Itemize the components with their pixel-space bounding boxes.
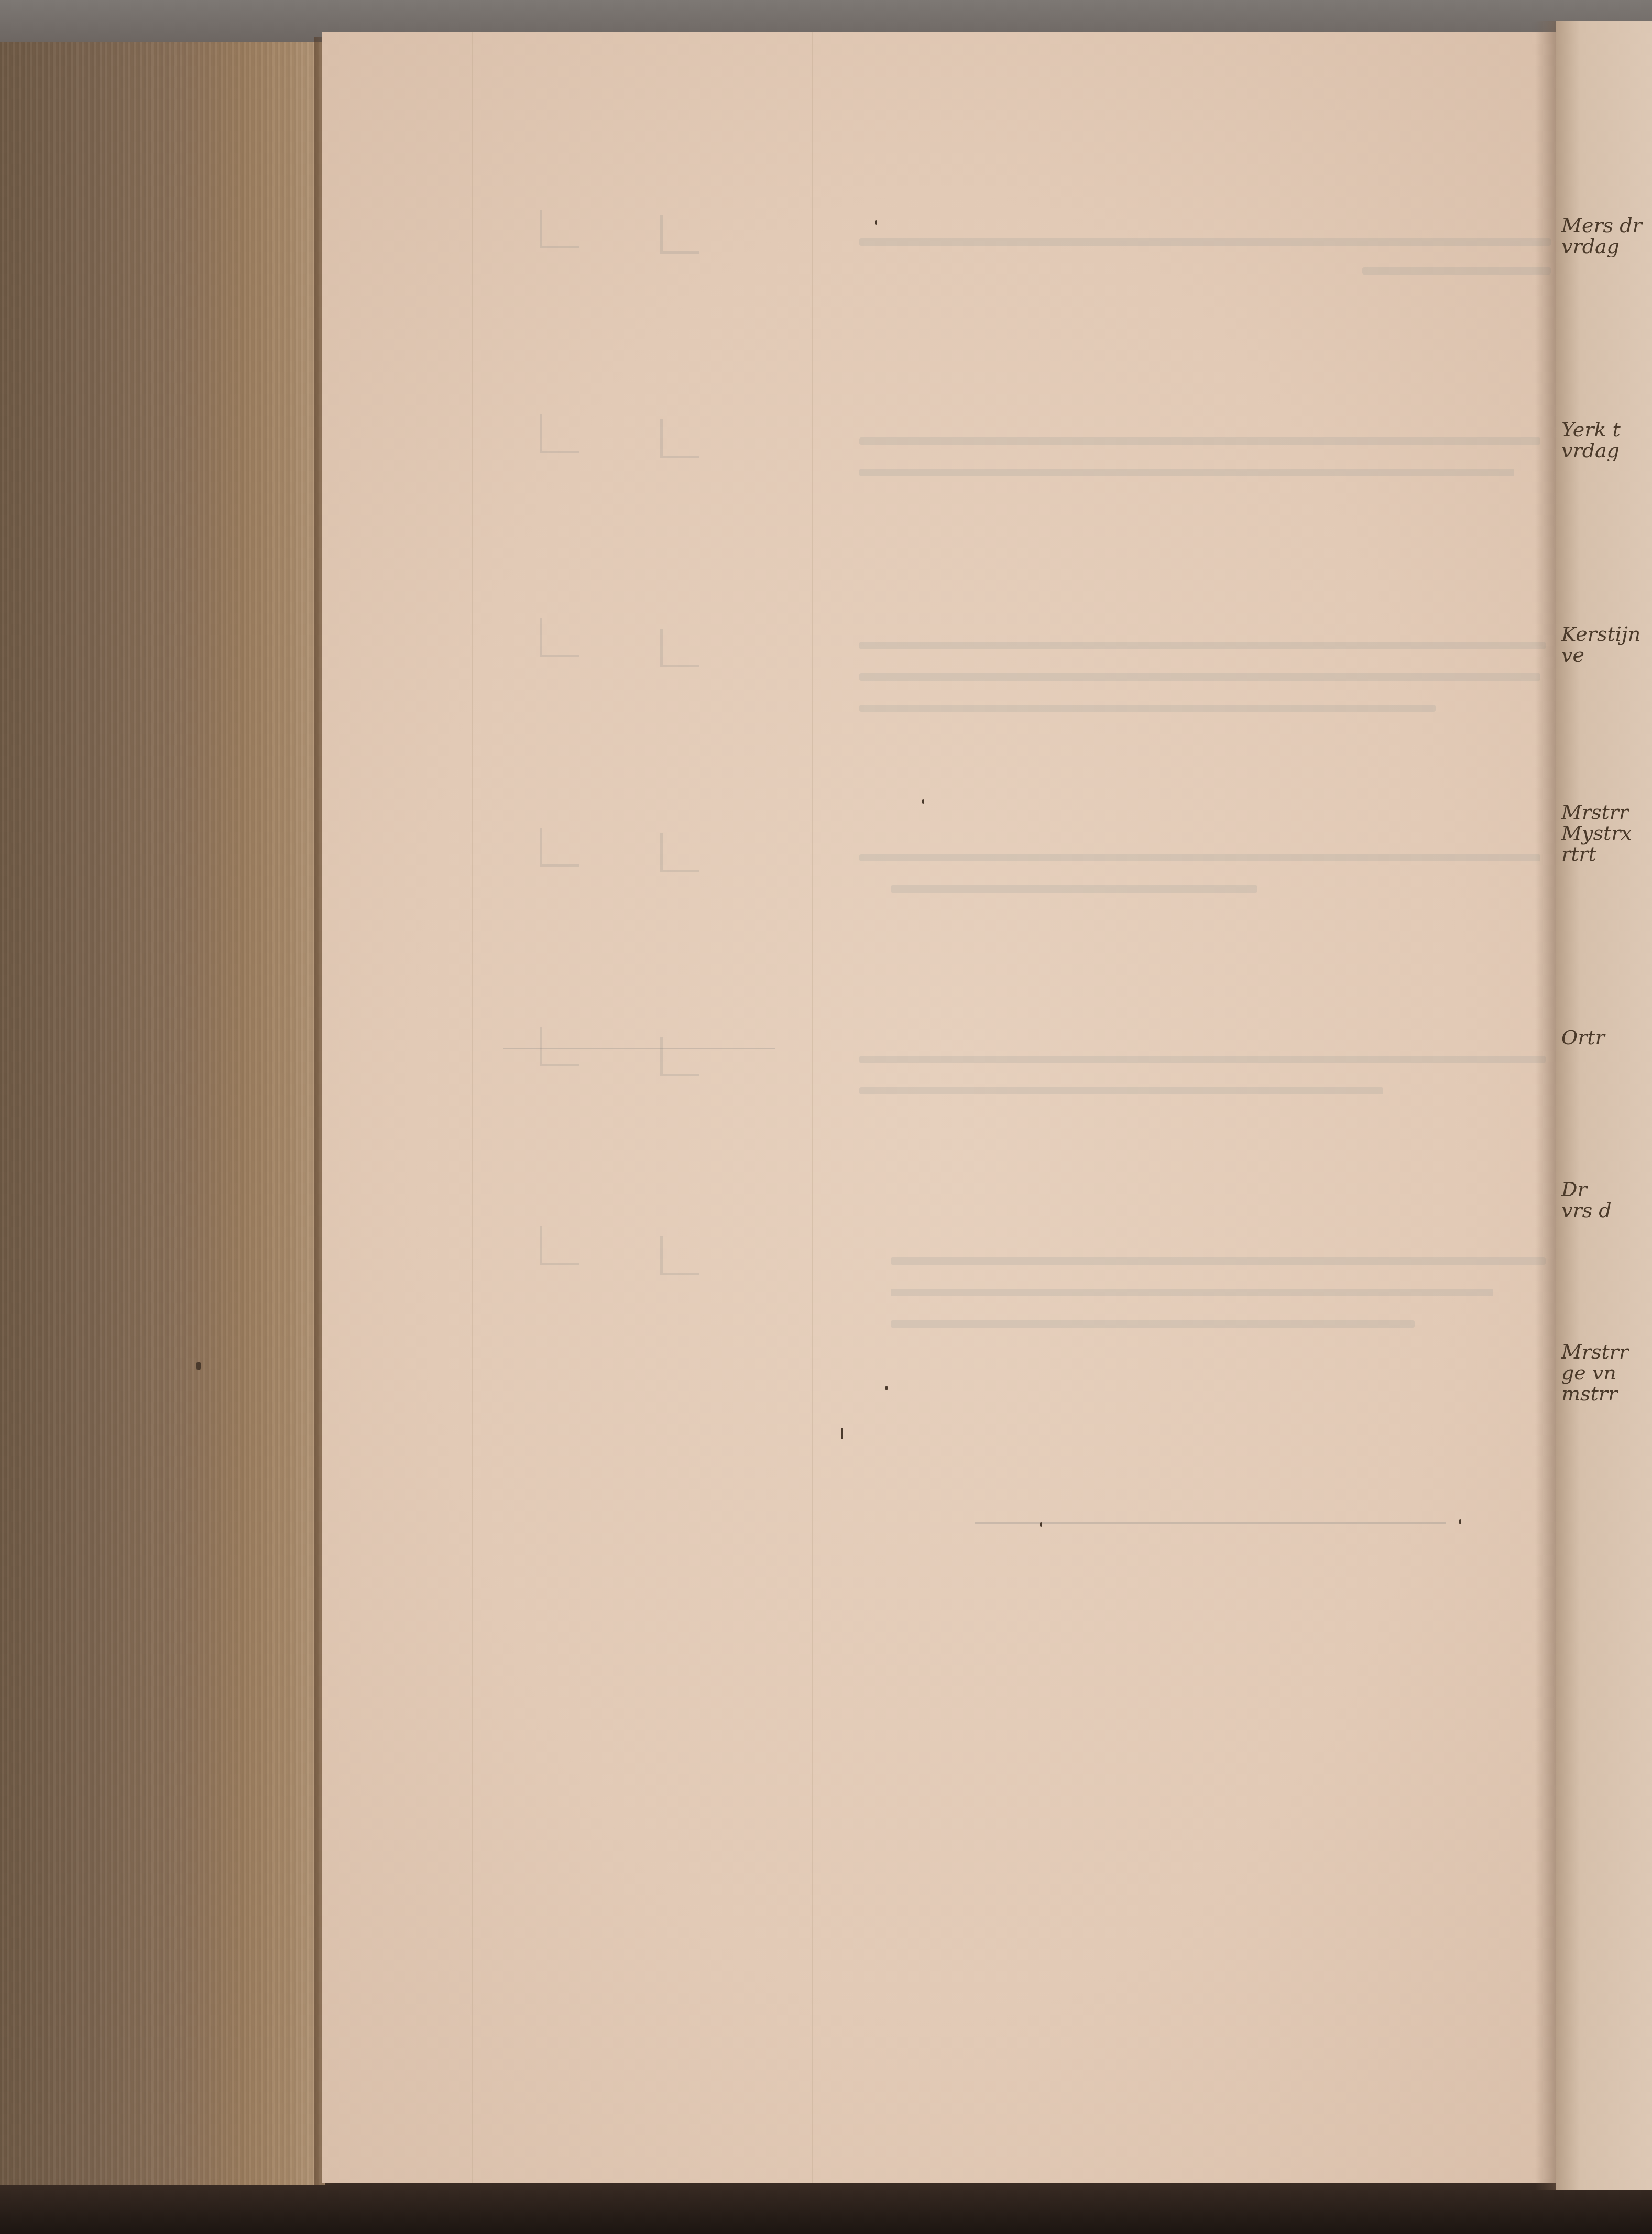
bleed-through-rule: [503, 1048, 775, 1049]
bleed-through-line: [891, 1289, 1493, 1296]
bleed-through-mark: [540, 210, 579, 248]
bleed-through-line: [859, 854, 1540, 861]
bleed-through-line: [859, 469, 1514, 476]
bleed-through-line: [859, 673, 1540, 681]
bleed-through-mark: [660, 1236, 699, 1275]
paper-speck: [196, 1362, 201, 1370]
recto-page-edge: [1556, 21, 1652, 2190]
margin-note: Mrstrr Mystrx rtrt: [1561, 802, 1650, 864]
margin-note: Dr vrs d: [1561, 1179, 1650, 1221]
paper-speck: [885, 1386, 888, 1390]
bleed-through-mark: [540, 828, 579, 867]
margin-note: Kerstijn ve: [1561, 623, 1650, 665]
margin-note: Yerk t vrdag: [1561, 419, 1650, 461]
bleed-through-mark: [660, 629, 699, 667]
margin-note: Ortr: [1561, 1027, 1650, 1048]
bleed-through-line: [859, 1087, 1383, 1094]
bleed-through-closing-rule: [975, 1522, 1446, 1524]
bleed-through-mark: [660, 1037, 699, 1076]
ruling-line: [812, 32, 813, 2183]
bleed-through-mark: [660, 215, 699, 254]
bleed-through-mark: [540, 1226, 579, 1265]
bleed-through-mark: [540, 414, 579, 453]
bleed-through-line: [891, 1320, 1415, 1328]
bleed-through-mark: [660, 833, 699, 872]
book-page-edges: [0, 42, 325, 2185]
bleed-through-line: [859, 705, 1436, 712]
paper-speck: [922, 799, 924, 804]
bleed-through-mark: [660, 419, 699, 458]
bleed-through-mark: [540, 618, 579, 657]
bleed-through-line: [891, 885, 1257, 893]
bleed-through-line: [859, 238, 1551, 246]
scan-background-bottom: [0, 2182, 1652, 2234]
verso-page: [322, 32, 1556, 2183]
bleed-through-line: [1362, 267, 1551, 275]
bleed-through-line: [859, 437, 1540, 445]
paper-speck: [1459, 1519, 1461, 1524]
ruling-line: [472, 32, 473, 2183]
margin-note: Mers dr vrdag: [1561, 215, 1650, 257]
paper-speck: [841, 1428, 843, 1439]
bleed-through-mark: [540, 1027, 579, 1066]
margin-note: Mrstrr ge vn mstrr: [1561, 1341, 1650, 1404]
bleed-through-line: [891, 1257, 1546, 1265]
paper-speck: [1040, 1522, 1042, 1527]
bleed-through-line: [859, 1056, 1546, 1063]
paper-speck: [875, 220, 877, 225]
bleed-through-line: [859, 642, 1546, 649]
